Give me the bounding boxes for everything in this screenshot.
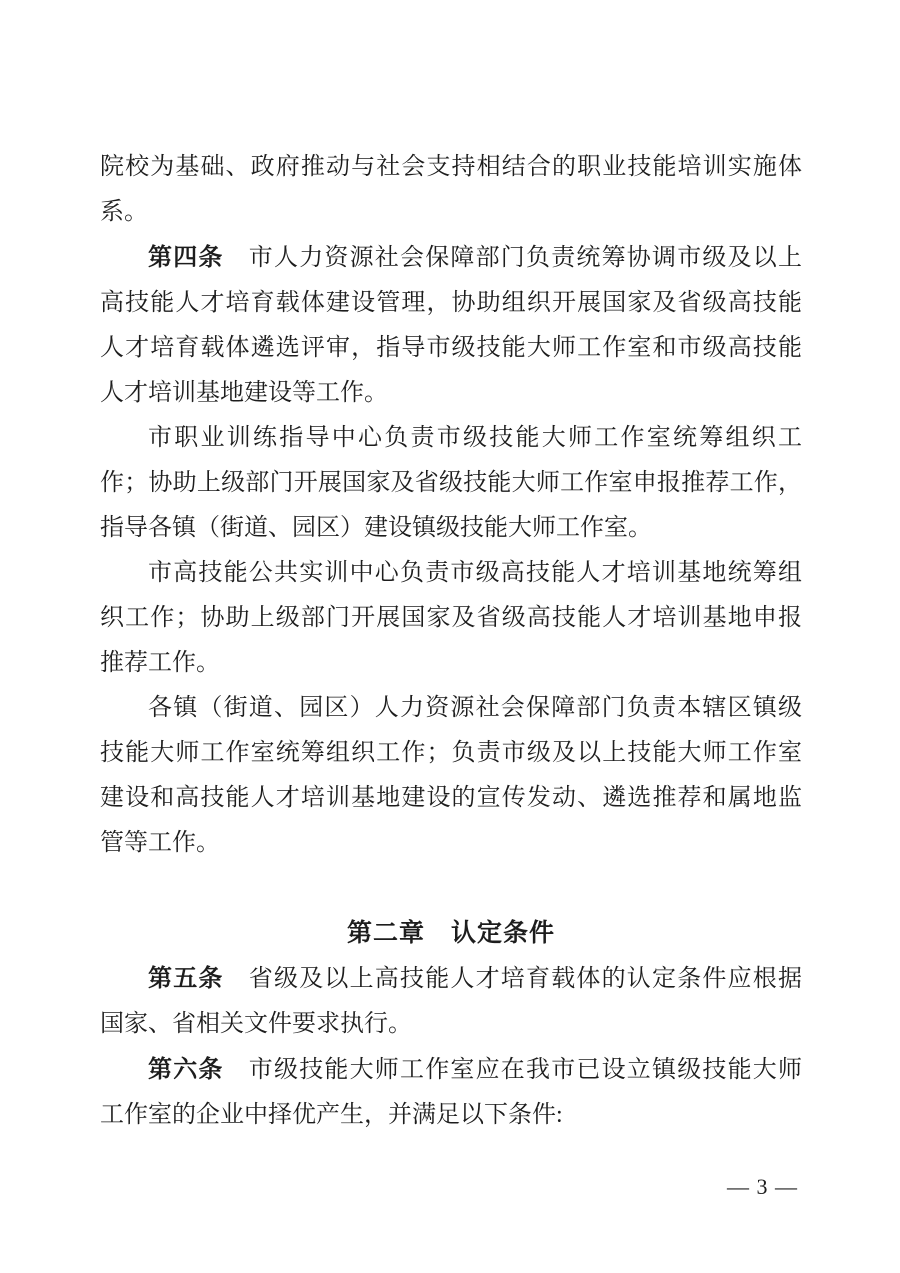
text-run: 院校为基础、政府推动与社会支持相结合的职业技能培训实施体 [100,154,802,180]
document-body: 院校为基础、政府推动与社会支持相结合的职业技能培训实施体系。第四条 市人力资源社… [100,145,802,1138]
text-line: 系。 [100,190,802,235]
text-line: 各镇（街道、园区）人力资源社会保障部门负责本辖区镇级 [100,686,802,731]
text-run: 各镇（街道、园区）人力资源社会保障部门负责本辖区镇级 [148,695,802,721]
paragraph: 各镇（街道、园区）人力资源社会保障部门负责本辖区镇级技能大师工作室统筹组织工作；… [100,686,802,866]
text-run: 系。 [100,199,148,225]
text-run: 市职业训练指导中心负责市级技能大师工作室统筹组织工 [148,425,802,451]
article-number-label: 第四条 [148,244,224,271]
text-run: 推荐工作。 [100,650,220,676]
text-line: 市高技能公共实训中心负责市级高技能人才培训基地统筹组 [100,551,802,596]
text-line: 国家、省相关文件要求执行。 [100,1002,802,1047]
paragraph: 院校为基础、政府推动与社会支持相结合的职业技能培训实施体系。 [100,145,802,235]
text-line: 作；协助上级部门开展国家及省级技能大师工作室申报推荐工作， [100,461,802,506]
text-line: 推荐工作。 [100,641,802,686]
text-run: 人才培训基地建设等工作。 [100,380,388,406]
text-line: 人才培育载体遴选评审，指导市级技能大师工作室和市级高技能 [100,326,802,371]
text-run: 技能大师工作室统筹组织工作；负责市级及以上技能大师工作室 [100,740,802,766]
text-run: 高技能人才培育载体建设管理，协助组织开展国家及省级高技能 [100,290,802,316]
text-line: 织工作；协助上级部门开展国家及省级高技能人才培训基地申报 [100,596,802,641]
paragraph: 市职业训练指导中心负责市级技能大师工作室统筹组织工作；协助上级部门开展国家及省级… [100,416,802,551]
text-run: 市高技能公共实训中心负责市级高技能人才培训基地统筹组 [148,560,802,586]
article-number-label: 第六条 [148,1056,224,1083]
document-page: 院校为基础、政府推动与社会支持相结合的职业技能培训实施体系。第四条 市人力资源社… [0,0,900,1273]
text-run: 建设和高技能人才培训基地建设的宣传发动、遴选推荐和属地监 [100,785,802,811]
chapter-heading: 第二章 认定条件 [100,911,802,956]
paragraph: 市高技能公共实训中心负责市级高技能人才培训基地统筹组织工作；协助上级部门开展国家… [100,551,802,686]
text-run: 市级技能大师工作室应在我市已设立镇级技能大师 [224,1057,802,1083]
text-run: 织工作；协助上级部门开展国家及省级高技能人才培训基地申报 [100,605,802,631]
text-line: 人才培训基地建设等工作。 [100,371,802,416]
text-line: 管等工作。 [100,821,802,866]
text-line: 第六条 市级技能大师工作室应在我市已设立镇级技能大师 [100,1047,802,1093]
text-run: 作；协助上级部门开展国家及省级技能大师工作室申报推荐工作， [100,470,802,496]
text-line: 建设和高技能人才培训基地建设的宣传发动、遴选推荐和属地监 [100,776,802,821]
text-run: 指导各镇（街道、园区）建设镇级技能大师工作室。 [100,515,652,541]
paragraph: 第五条 省级及以上高技能人才培育载体的认定条件应根据国家、省相关文件要求执行。 [100,956,802,1047]
text-line: 第五条 省级及以上高技能人才培育载体的认定条件应根据 [100,956,802,1002]
text-run: 省级及以上高技能人才培育载体的认定条件应根据 [224,966,802,992]
paragraph: 第六条 市级技能大师工作室应在我市已设立镇级技能大师工作室的企业中择优产生，并满… [100,1047,802,1138]
text-run: 人才培育载体遴选评审，指导市级技能大师工作室和市级高技能 [100,335,802,361]
text-line: 院校为基础、政府推动与社会支持相结合的职业技能培训实施体 [100,145,802,190]
text-line: 市职业训练指导中心负责市级技能大师工作室统筹组织工 [100,416,802,461]
page-number: — 3 — [727,1172,798,1202]
text-line: 工作室的企业中择优产生，并满足以下条件: [100,1093,802,1138]
article-number-label: 第五条 [148,965,224,992]
text-line: 指导各镇（街道、园区）建设镇级技能大师工作室。 [100,506,802,551]
text-run: 市人力资源社会保障部门负责统筹协调市级及以上 [224,245,802,271]
text-run: 工作室的企业中择优产生，并满足以下条件: [100,1102,563,1128]
text-line: 第四条 市人力资源社会保障部门负责统筹协调市级及以上 [100,235,802,281]
text-line: 高技能人才培育载体建设管理，协助组织开展国家及省级高技能 [100,281,802,326]
text-run: 国家、省相关文件要求执行。 [100,1011,412,1037]
paragraph: 第四条 市人力资源社会保障部门负责统筹协调市级及以上高技能人才培育载体建设管理，… [100,235,802,416]
text-run: 管等工作。 [100,830,220,856]
text-line: 技能大师工作室统筹组织工作；负责市级及以上技能大师工作室 [100,731,802,776]
